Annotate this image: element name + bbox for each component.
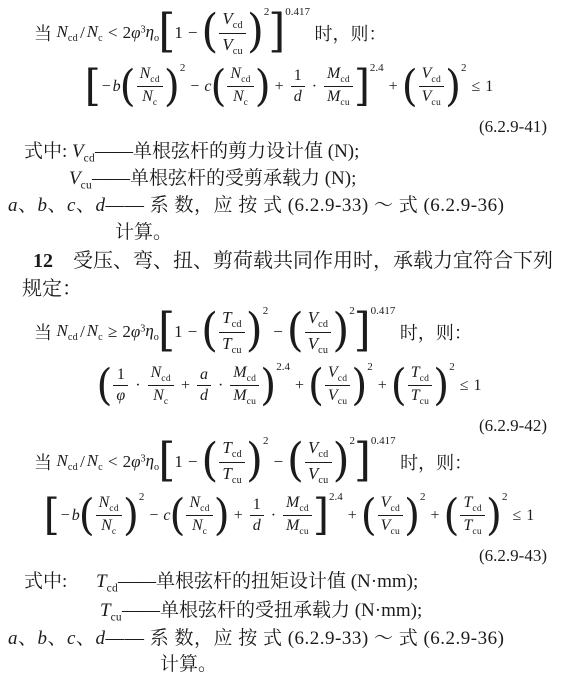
- fraction: ad: [197, 366, 211, 406]
- formula-6-2-9-42: (1φ·NcdNc+ad·McdMcu)2.4+(VcdVcu)2+(TcdTc…: [22, 357, 557, 414]
- fraction: McdMcu: [324, 65, 353, 108]
- condition-line-42: 当 Ncd/Nc≥2φ3ηo[1−(TcdTcu)2−(VcdVcu)2]0.4…: [34, 307, 557, 357]
- fraction: 1φ: [113, 366, 128, 406]
- fraction: VcdVcu: [305, 308, 332, 357]
- definition-tcd: 式中: Tcd——单根弦杆的扭矩设计值 (N·mm);: [24, 567, 557, 596]
- formula-6-2-9-43: [−b(NcdNc)2−c(NcdNc)+1d·McdMcu]2.4+(VcdV…: [22, 487, 557, 544]
- fraction: VcdVcu: [305, 438, 332, 487]
- condition-line-43: 当 Ncd/Nc<2φ3ηo[1−(TcdTcu)2−(VcdVcu)2]0.4…: [34, 437, 557, 487]
- definition-jisuan-1: 计算。: [115, 219, 557, 246]
- fraction: NcdNc: [186, 494, 212, 537]
- definition-vcd: 式中: Vcd——单根弦杆的剪力设计值 (N);: [24, 138, 557, 165]
- fraction: VcdVcu: [419, 65, 444, 108]
- fraction: VcdVcu: [325, 364, 350, 407]
- definition-abcd-2: a、b、c、d—— 系 数，应 按 式 (6.2.9-33) ～ 式 (6.2.…: [8, 625, 557, 652]
- fraction: VcdVcu: [219, 9, 246, 58]
- fraction: NcdNc: [137, 65, 163, 108]
- fraction: NcdNc: [148, 364, 174, 407]
- equation-number-41: (6.2.9-41): [22, 115, 557, 138]
- clause-12-line-1: 12 受压、弯、扭、剪荷载共同作用时，承载力宜符合下列: [33, 247, 557, 275]
- fraction: TcdTcu: [460, 494, 485, 537]
- definition-jisuan-2: 计算。: [160, 652, 557, 678]
- definition-abcd-1: a、b、c、d—— 系 数，应 按 式 (6.2.9-33) ～ 式 (6.2.…: [8, 192, 557, 219]
- fraction: TcdTcu: [408, 364, 433, 407]
- fraction: NcdNc: [96, 494, 122, 537]
- fraction: TcdTcu: [219, 438, 245, 487]
- fraction: 1d: [250, 496, 264, 536]
- fraction: TcdTcu: [219, 308, 245, 357]
- definition-vcu: Vcu——单根弦杆的受剪承载力 (N);: [69, 165, 557, 192]
- fraction: McdMcu: [230, 364, 259, 407]
- fraction: 1d: [291, 67, 305, 107]
- fraction: NcdNc: [227, 65, 253, 108]
- formula-6-2-9-41: [−b(NcdNc)2−c(NcdNc)+1d·McdMcu]2.4+(VcdV…: [22, 58, 557, 115]
- condition-line-41: 当 Ncd/Nc<2φ3ηo[1−(VcdVcu)2]0.417 时，则：: [34, 8, 557, 58]
- equation-number-42: (6.2.9-42): [22, 414, 557, 437]
- fraction: VcdVcu: [378, 494, 403, 537]
- definition-tcu: Tcu——单根弦杆的受扭承载力 (N·mm);: [100, 596, 557, 625]
- document-page: 当 Ncd/Nc<2φ3ηo[1−(VcdVcu)2]0.417 时，则： [−…: [0, 0, 569, 686]
- clause-12-line-2: 规定：: [22, 275, 557, 303]
- equation-number-43: (6.2.9-43): [22, 544, 557, 567]
- fraction: McdMcu: [283, 494, 312, 537]
